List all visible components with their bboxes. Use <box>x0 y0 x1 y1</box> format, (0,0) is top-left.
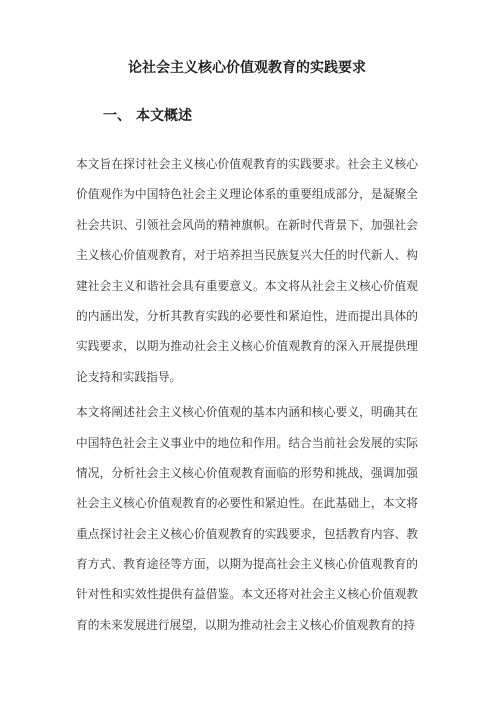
text-line: 育的未来发展进行展望，以期为推动社会主义核心价值观教育的持 <box>76 611 418 641</box>
text-line: 社会主义核心价值观教育的必要性和紧迫性。在此基础上，本文将 <box>76 489 418 519</box>
section-heading: 一、本文概述 <box>103 107 418 127</box>
document-title: 论社会主义核心价值观教育的实践要求 <box>76 0 418 80</box>
section-title: 本文概述 <box>136 109 192 124</box>
text-line: 情况，分析社会主义核心价值观教育面临的形势和挑战，强调加强 <box>76 459 418 489</box>
paragraph: 本文将阐述社会主义核心价值观的基本内涵和核心要义，明确其在中国特色社会主义事业中… <box>76 398 418 641</box>
text-line: 的内涵出发，分析其教育实践的必要性和紧迫性，进而提出具体的 <box>76 302 418 332</box>
text-line: 主义核心价值观教育，对于培养担当民族复兴大任的时代新人、构 <box>76 241 418 271</box>
text-line: 实践要求，以期为推动社会主义核心价值观教育的深入开展提供理 <box>76 332 418 362</box>
section-number: 一、 <box>103 107 131 127</box>
paragraph-container: 本文旨在探讨社会主义核心价值观教育的实践要求。社会主义核心价值观作为中国特色社会… <box>76 150 418 641</box>
text-line: 中国特色社会主义事业中的地位和作用。结合当前社会发展的实际 <box>76 429 418 459</box>
text-line: 论支持和实践指导。 <box>76 363 418 393</box>
text-line: 本文将阐述社会主义核心价值观的基本内涵和核心要义，明确其在 <box>76 398 418 428</box>
text-line: 育方式、教育途径等方面，以期为提高社会主义核心价值观教育的 <box>76 550 418 580</box>
text-line: 针对性和实效性提供有益借鉴。本文还将对社会主义核心价值观教 <box>76 580 418 610</box>
document-page: 论社会主义核心价值观教育的实践要求 一、本文概述 本文旨在探讨社会主义核心价值观… <box>0 0 500 707</box>
paragraph: 本文旨在探讨社会主义核心价值观教育的实践要求。社会主义核心价值观作为中国特色社会… <box>76 150 418 393</box>
text-line: 社会共识、引领社会风尚的精神旗帜。在新时代背景下，加强社会 <box>76 211 418 241</box>
text-line: 建社会主义和谐社会具有重要意义。本文将从社会主义核心价值观 <box>76 272 418 302</box>
text-line: 本文旨在探讨社会主义核心价值观教育的实践要求。社会主义核心 <box>76 150 418 180</box>
text-line: 重点探讨社会主义核心价值观教育的实践要求，包括教育内容、教 <box>76 520 418 550</box>
text-line: 价值观作为中国特色社会主义理论体系的重要组成部分，是凝聚全 <box>76 180 418 210</box>
